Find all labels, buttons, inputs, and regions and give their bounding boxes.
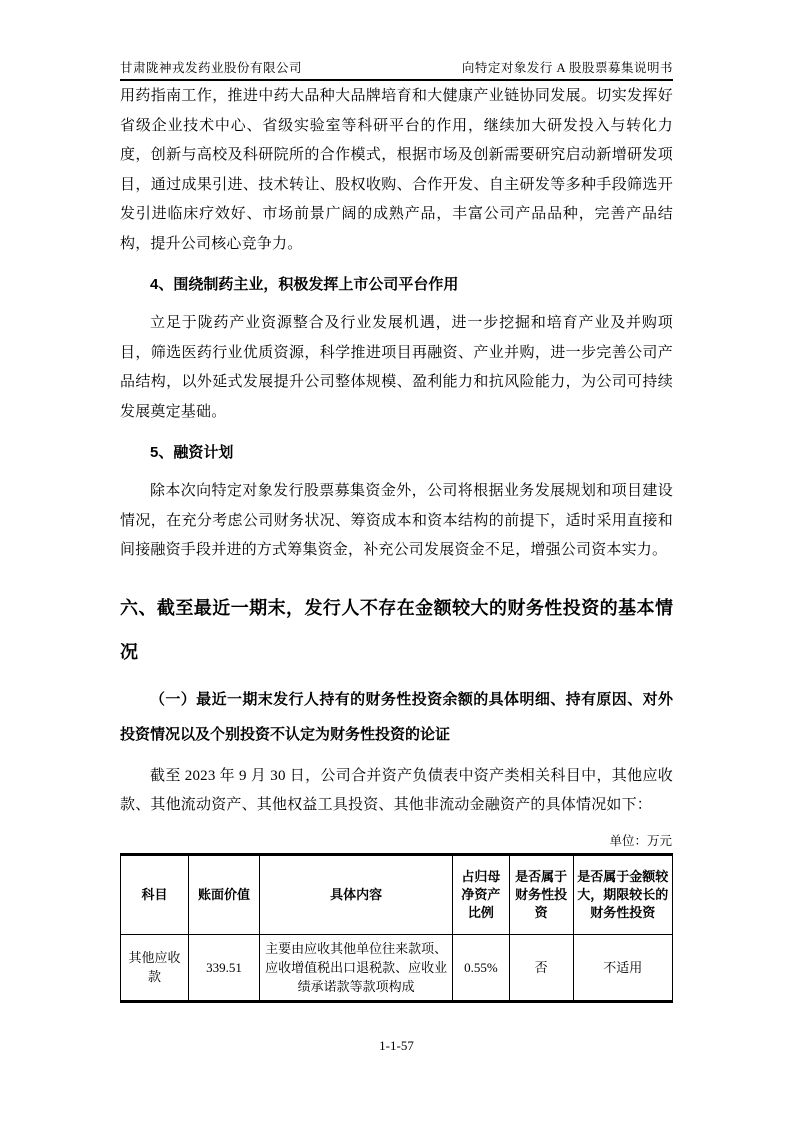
col-header-subject: 科目 [121,854,189,934]
cell-ratio: 0.55% [453,934,509,1001]
header-doc-title: 向特定对象发行 A 股股票募集说明书 [462,58,673,76]
document-page: 甘肃陇神戎发药业股份有限公司 向特定对象发行 A 股股票募集说明书 用药指南工作… [0,0,793,1122]
table-row: 其他应收款 339.51 主要由应收其他单位往来款项、应收增值税出口退税款、应收… [121,934,673,1001]
paragraph-continuation: 用药指南工作，推进中药大品种大品牌培育和大健康产业链协同发展。切实发挥好省级企业… [120,82,673,259]
col-header-ratio: 占归母净资产比例 [453,854,509,934]
page-number: 1-1-57 [0,1038,793,1054]
paragraph-5: 除本次向特定对象发行股票募集资金外，公司将根据业务发展规划和项目建设情况，在充分… [120,477,673,566]
financial-investment-table: 科目 账面价值 具体内容 占归母净资产比例 是否属于财务性投资 是否属于金额较大… [120,853,673,1003]
header-company-name: 甘肃陇神戎发药业股份有限公司 [120,58,302,76]
unit-label: 单位：万元 [120,831,672,849]
paragraph-4: 立足于陇药产业资源整合及行业发展机遇，进一步挖掘和培育产业及并购项目，筛选医药行… [120,309,673,427]
heading-4: 4、围绕制药主业，积极发挥上市公司平台作用 [120,274,673,296]
table-header-row: 科目 账面价值 具体内容 占归母净资产比例 是否属于财务性投资 是否属于金额较大… [121,854,673,934]
heading-5: 5、融资计划 [120,442,673,464]
running-header: 甘肃陇神戎发药业股份有限公司 向特定对象发行 A 股股票募集说明书 [120,0,673,81]
heading-6-major: 六、截至最近一期末，发行人不存在金额较大的财务性投资的基本情况 [120,586,673,674]
col-header-is-large-long: 是否属于金额较大，期限较长的财务性投资 [573,854,672,934]
col-header-detail: 具体内容 [260,854,453,934]
cell-book-value: 339.51 [188,934,259,1001]
cell-is-financial: 否 [509,934,573,1001]
page-content: 用药指南工作，推进中药大品种大品牌培育和大健康产业链协同发展。切实发挥好省级企业… [120,82,673,1003]
col-header-book-value: 账面价值 [188,854,259,934]
paragraph-6-intro: 截至 2023 年 9 月 30 日，公司合并资产负债表中资产类相关科目中，其他… [120,762,673,821]
cell-subject: 其他应收款 [121,934,189,1001]
col-header-is-financial: 是否属于财务性投资 [509,854,573,934]
cell-is-large-long: 不适用 [573,934,672,1001]
cell-detail: 主要由应收其他单位往来款项、应收增值税出口退税款、应收业绩承诺款等款项构成 [260,934,453,1001]
heading-6-1-sub: （一）最近一期末发行人持有的财务性投资余额的具体明细、持有原因、对外投资情况以及… [120,682,673,752]
